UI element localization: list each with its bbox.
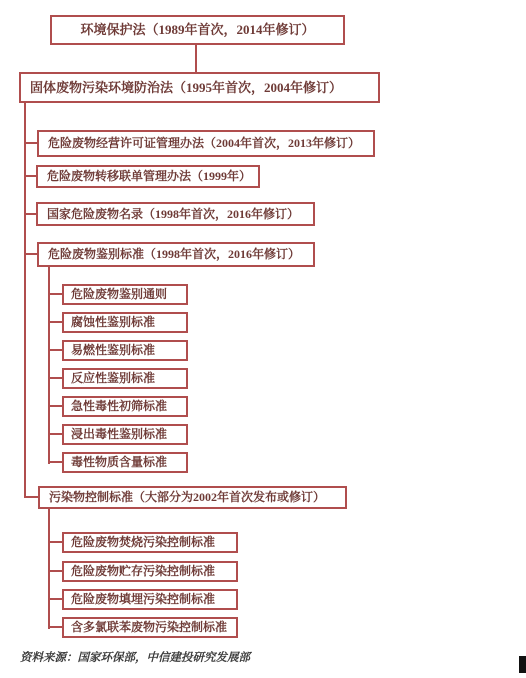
connector-stub: [24, 253, 38, 255]
connector-stub: [24, 496, 39, 498]
connector-stub: [48, 541, 63, 543]
connector-stub: [48, 377, 63, 379]
node-corrosivity-standard: 腐蚀性鉴别标准: [62, 312, 188, 333]
connector-stub: [48, 405, 63, 407]
connector-stub: [48, 349, 63, 351]
connector-stub: [48, 293, 63, 295]
connector-root-law: [195, 45, 197, 72]
node-incineration-control-standard: 危险废物焚烧污染控制标准: [62, 532, 238, 553]
node-operating-license-measures: 危险废物经营许可证管理办法（2004年首次，2013年修订）: [37, 130, 375, 157]
node-storage-control-standard: 危险废物贮存污染控制标准: [62, 561, 238, 582]
node-identification-standards: 危险废物鉴别标准（1998年首次，2016年修订）: [37, 242, 315, 267]
node-general-identification-rules: 危险废物鉴别通则: [62, 284, 188, 305]
node-environment-protection-law: 环境保护法（1989年首次，2014年修订）: [50, 15, 345, 45]
node-pollution-control-standards: 污染物控制标准（大部分为2002年首次发布或修订）: [38, 486, 347, 509]
node-solid-waste-law: 固体废物污染环境防治法（1995年首次，2004年修订）: [19, 72, 380, 103]
node-national-hazardous-waste-list: 国家危险废物名录（1998年首次，2016年修订）: [36, 202, 315, 226]
connector-stub: [48, 461, 63, 463]
connector-stub: [48, 570, 63, 572]
connector-control-trunk: [48, 509, 50, 629]
source-note: 资料来源：国家环保部，中信建投研究发展部: [20, 649, 250, 665]
node-acute-toxicity-standard: 急性毒性初筛标准: [62, 396, 188, 417]
connector-main-trunk: [24, 103, 26, 498]
connector-stub: [48, 321, 63, 323]
connector-stub: [48, 598, 63, 600]
connector-stub: [48, 433, 63, 435]
flowchart-page: 环境保护法（1989年首次，2014年修订） 固体废物污染环境防治法（1995年…: [0, 0, 526, 678]
node-flammability-standard: 易燃性鉴别标准: [62, 340, 188, 361]
node-reactivity-standard: 反应性鉴别标准: [62, 368, 188, 389]
node-transfer-manifest-measures: 危险废物转移联单管理办法（1999年）: [36, 165, 260, 188]
node-toxic-substance-content-standard: 毒性物质含量标准: [62, 452, 188, 473]
connector-stub: [24, 142, 38, 144]
node-leaching-toxicity-standard: 浸出毒性鉴别标准: [62, 424, 188, 445]
scan-artifact: [519, 656, 526, 673]
node-landfill-control-standard: 危险废物填埋污染控制标准: [62, 589, 238, 610]
node-pcb-waste-control-standard: 含多氯联苯废物污染控制标准: [62, 617, 238, 638]
connector-stub: [48, 626, 63, 628]
